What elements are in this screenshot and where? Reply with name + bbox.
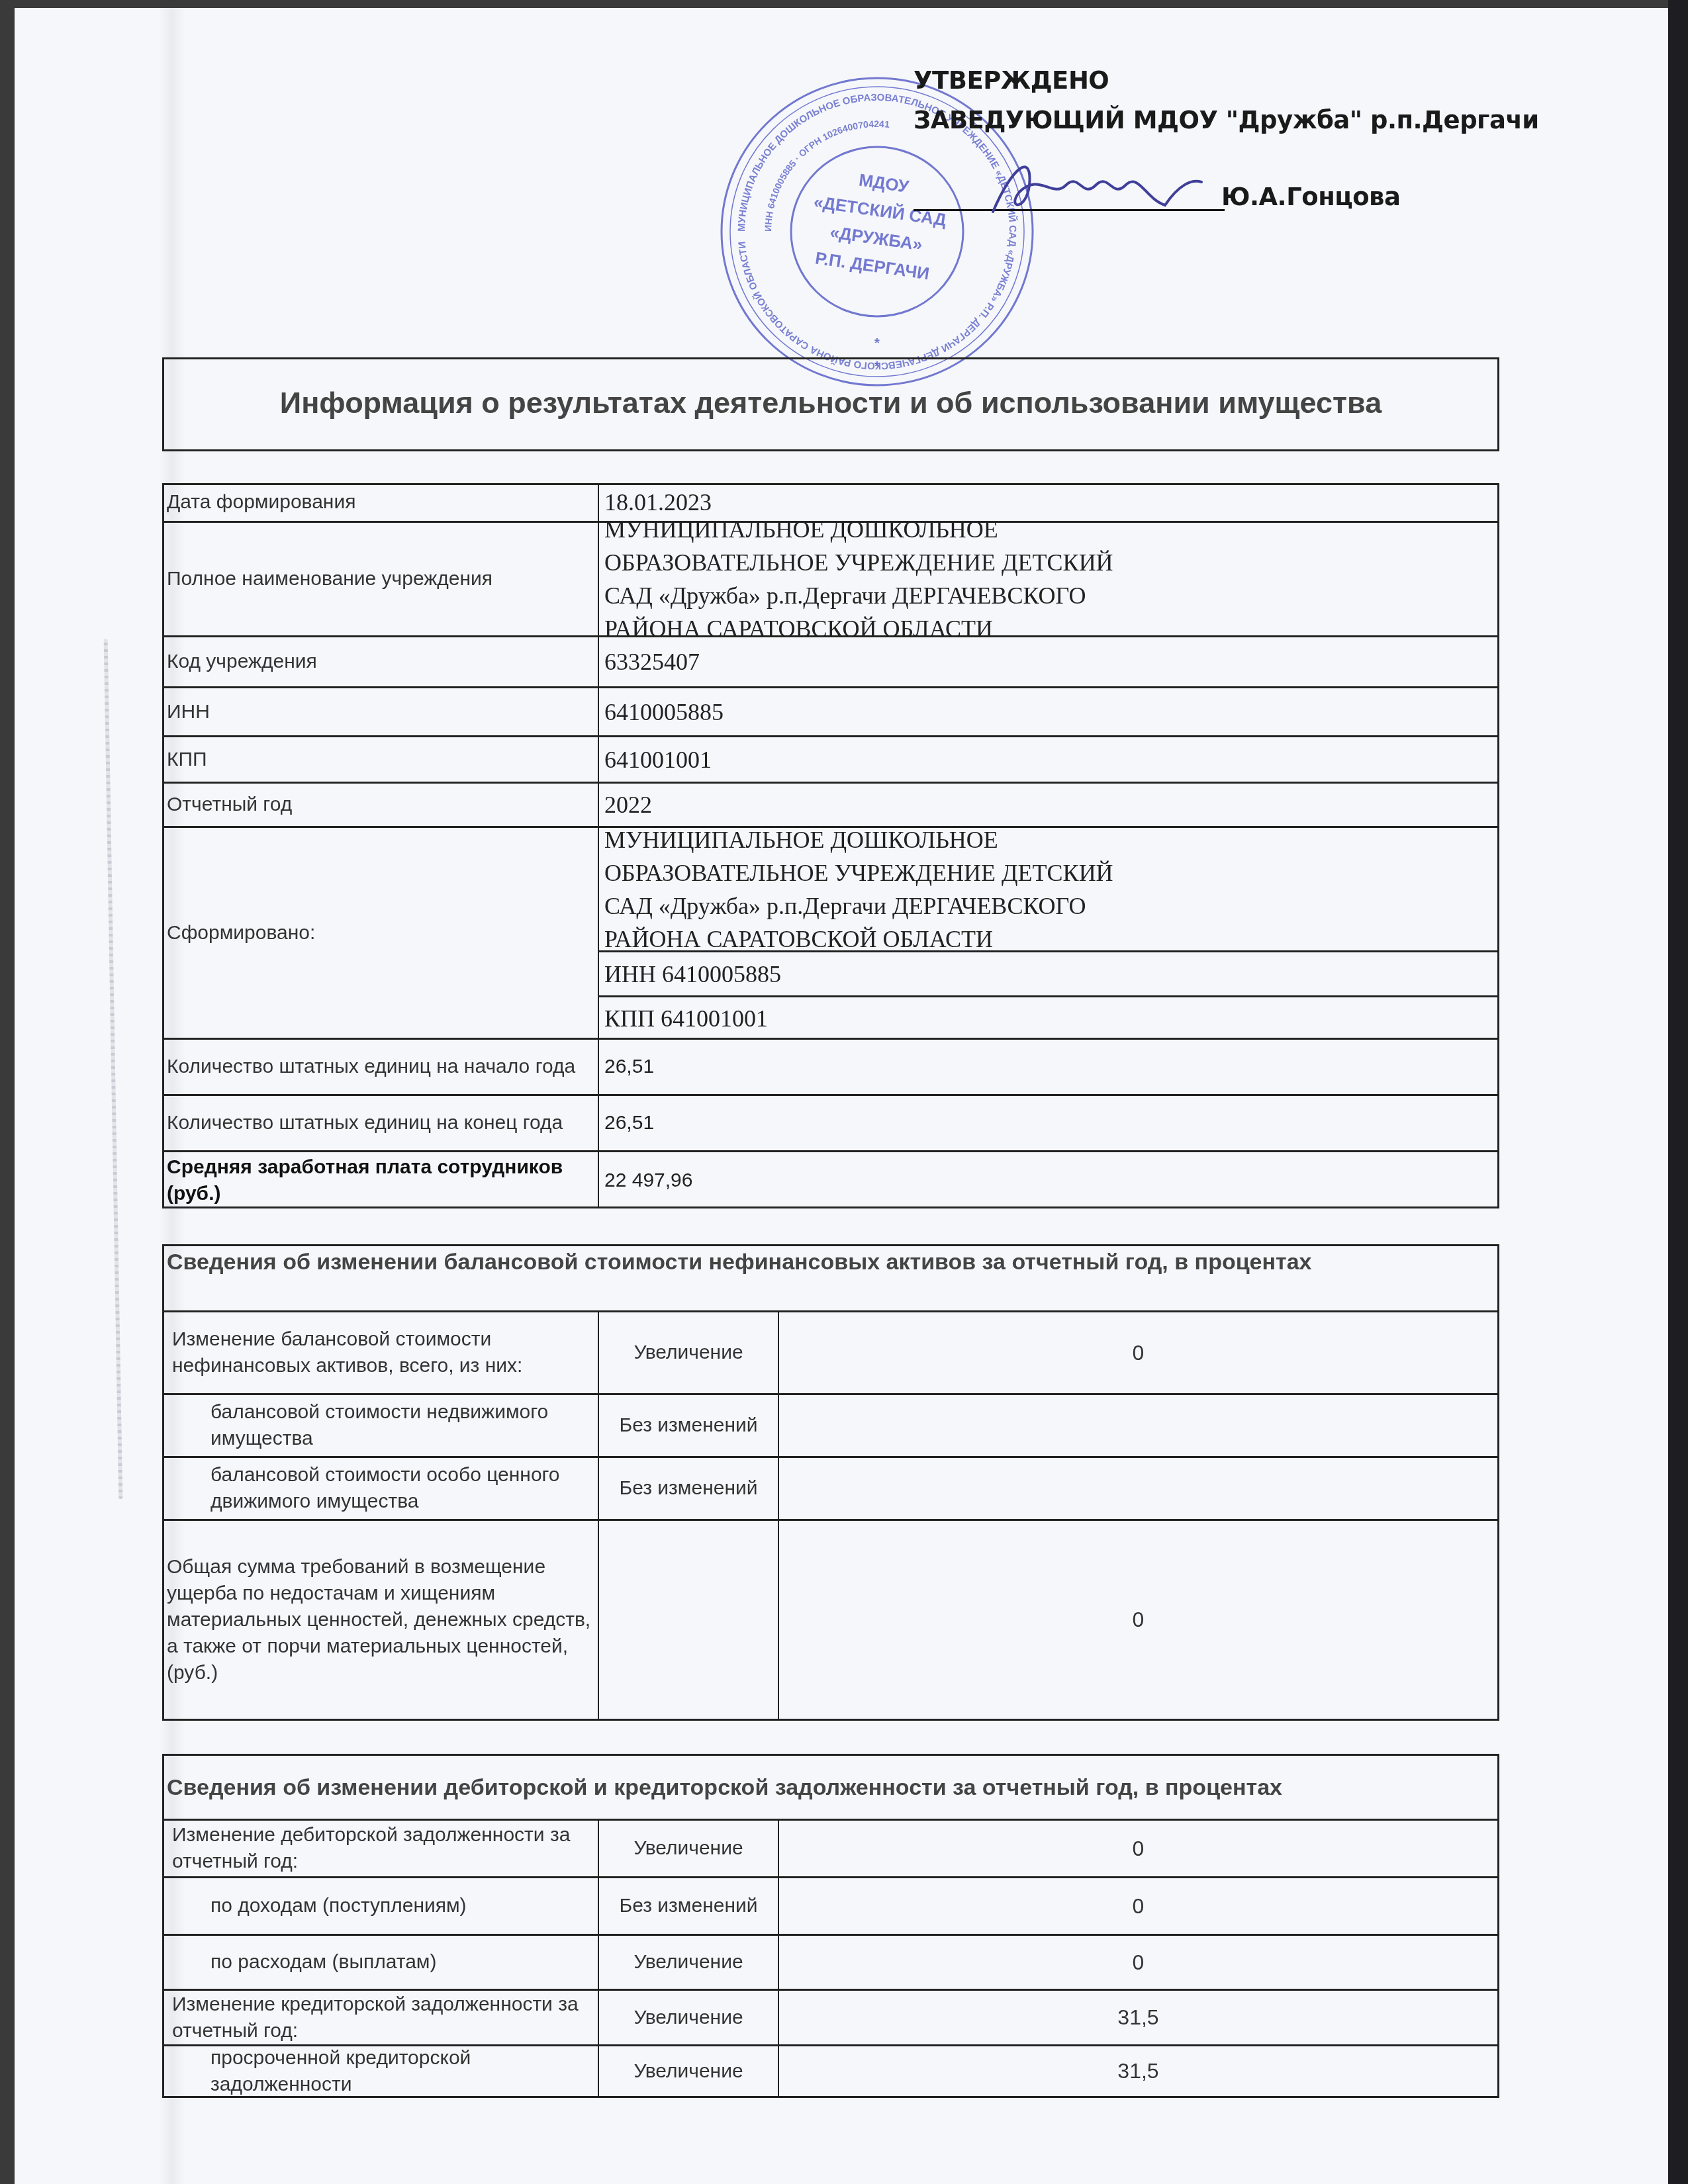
section-heading: Сведения об изменении дебиторской и кред… xyxy=(164,1756,1497,1819)
table-row: Количество штатных единиц на начало года… xyxy=(164,1038,1497,1094)
approval-heading: УТВЕРЖДЕНО xyxy=(914,66,1539,95)
row-value: 31,5 xyxy=(778,2046,1497,2096)
institution-info-table: Дата формирования 18.01.2023 Полное наим… xyxy=(162,483,1499,1208)
approval-block: УТВЕРЖДЕНО ЗАВЕДУЮЩИЙ МДОУ "Дружба" р.п.… xyxy=(914,66,1539,135)
table-row: Полное наименование учреждения МУНИЦИПАЛ… xyxy=(164,521,1497,635)
formed-by-kpp: КПП 641001001 xyxy=(598,995,1497,1040)
table-row: Изменение балансовой стоимости нефинансо… xyxy=(164,1310,1497,1393)
row-status: Увеличение xyxy=(598,2046,778,2096)
table-row: Количество штатных единиц на конец года … xyxy=(164,1094,1497,1150)
table-row: просроченной кредиторской задолженности … xyxy=(164,2044,1497,2096)
table-row: Изменение кредиторской задолженности за … xyxy=(164,1989,1497,2044)
row-value: 0 xyxy=(778,1821,1497,1876)
table-row: балансовой стоимости недвижимого имущест… xyxy=(164,1393,1497,1456)
row-label: балансовой стоимости особо ценного движи… xyxy=(164,1458,598,1519)
row-value: 26,51 xyxy=(598,1040,1497,1094)
row-value: 22 497,96 xyxy=(598,1152,1497,1208)
row-status xyxy=(598,1521,778,1719)
row-status: Увеличение xyxy=(598,1312,778,1393)
row-label: Сформировано: xyxy=(164,828,598,1038)
section-heading: Сведения об изменении балансовой стоимос… xyxy=(164,1246,1497,1310)
table-row: КПП 641001001 xyxy=(164,735,1497,782)
row-value: 0 xyxy=(778,1878,1497,1934)
formed-by-name: МУНИЦИПАЛЬНОЕ ДОШКОЛЬНОЕ ОБРАЗОВАТЕЛЬНОЕ… xyxy=(598,828,1497,950)
row-status: Увеличение xyxy=(598,1936,778,1989)
debts-change-table: Сведения об изменении дебиторской и кред… xyxy=(162,1754,1499,2098)
row-label: Полное наименование учреждения xyxy=(164,523,598,635)
table-row: Изменение дебиторской задолженности за о… xyxy=(164,1819,1497,1876)
row-value: 63325407 xyxy=(598,637,1497,686)
svg-text:*: * xyxy=(874,336,880,351)
row-value xyxy=(778,1458,1497,1519)
row-label: ИНН xyxy=(164,688,598,735)
table-row: по расходам (выплатам) Увеличение 0 xyxy=(164,1934,1497,1989)
table-row: Средняя заработная плата сотрудников (ру… xyxy=(164,1150,1497,1208)
signer-name: Ю.А.Гонцова xyxy=(1221,183,1400,211)
row-status: Увеличение xyxy=(598,1991,778,2044)
formed-by-row: Сформировано: МУНИЦИПАЛЬНОЕ ДОШКОЛЬНОЕ О… xyxy=(164,826,1497,1038)
row-label: Отчетный год xyxy=(164,784,598,826)
row-value: 6410005885 xyxy=(598,688,1497,735)
table-row: ИНН 6410005885 xyxy=(164,686,1497,735)
row-value xyxy=(778,1395,1497,1456)
page-title: Информация о результатах деятельности и … xyxy=(164,386,1497,420)
table-row: Общая сумма требований в возмещение ущер… xyxy=(164,1519,1497,1719)
table-row: Отчетный год 2022 xyxy=(164,782,1497,826)
signature-icon xyxy=(966,146,1205,225)
row-label: Количество штатных единиц на конец года xyxy=(164,1096,598,1150)
signature-row: Ю.А.Гонцова xyxy=(914,172,1417,218)
row-value: МУНИЦИПАЛЬНОЕ ДОШКОЛЬНОЕ ОБРАЗОВАТЕЛЬНОЕ… xyxy=(598,523,1497,635)
row-label: балансовой стоимости недвижимого имущест… xyxy=(164,1395,598,1456)
svg-text:МДОУ: МДОУ xyxy=(858,170,911,197)
row-label: по доходам (поступлениям) xyxy=(164,1878,598,1934)
row-value: 31,5 xyxy=(778,1991,1497,2044)
formed-by-inn: ИНН 6410005885 xyxy=(598,950,1497,995)
row-label: Количество штатных единиц на начало года xyxy=(164,1040,598,1094)
row-value: 0 xyxy=(778,1936,1497,1989)
row-label: Дата формирования xyxy=(164,483,598,521)
row-status: Увеличение xyxy=(598,1821,778,1876)
row-value: 641001001 xyxy=(598,737,1497,782)
scan-edge xyxy=(1668,0,1688,2184)
row-label: по расходам (выплатам) xyxy=(164,1936,598,1989)
table-row: по доходам (поступлениям) Без изменений … xyxy=(164,1876,1497,1934)
row-value: 26,51 xyxy=(598,1096,1497,1150)
table-row: балансовой стоимости особо ценного движи… xyxy=(164,1456,1497,1519)
row-status: Без изменений xyxy=(598,1458,778,1519)
row-value: 0 xyxy=(778,1312,1497,1393)
row-label: Средняя заработная плата сотрудников (ру… xyxy=(164,1152,598,1208)
row-value: 0 xyxy=(778,1521,1497,1719)
row-label: Код учреждения xyxy=(164,637,598,686)
row-label: КПП xyxy=(164,737,598,782)
row-label: просроченной кредиторской задолженности xyxy=(164,2046,598,2096)
row-label: Изменение балансовой стоимости нефинансо… xyxy=(164,1312,598,1393)
table-row: Код учреждения 63325407 xyxy=(164,635,1497,686)
row-label: Изменение кредиторской задолженности за … xyxy=(164,1991,598,2044)
row-value: 2022 xyxy=(598,784,1497,826)
document-title-box: Информация о результатах деятельности и … xyxy=(162,357,1499,451)
row-status: Без изменений xyxy=(598,1878,778,1934)
row-status: Без изменений xyxy=(598,1395,778,1456)
assets-change-table: Сведения об изменении балансовой стоимос… xyxy=(162,1244,1499,1721)
row-label: Изменение дебиторской задолженности за о… xyxy=(164,1821,598,1876)
approval-position: ЗАВЕДУЮЩИЙ МДОУ "Дружба" р.п.Дергачи xyxy=(914,106,1539,135)
row-label: Общая сумма требований в возмещение ущер… xyxy=(164,1521,598,1719)
svg-text:«ДРУЖБА»: «ДРУЖБА» xyxy=(829,222,923,254)
